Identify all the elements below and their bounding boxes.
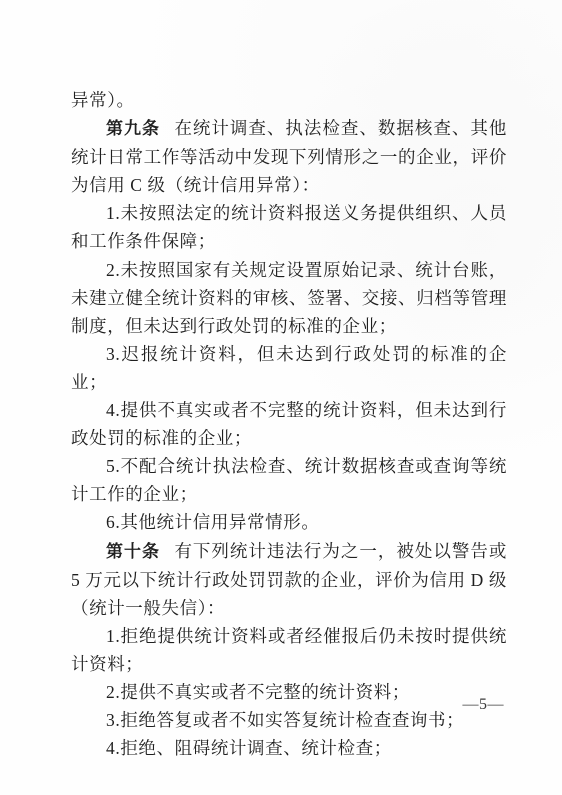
list-item: 4.提供不真实或者不完整的统计资料，但未达到行政处罚的标准的企业； <box>71 396 507 452</box>
article-number: 第十条 <box>106 542 160 561</box>
paragraph-text: 1.未按照法定的统计资料报送义务提供组织、人员和工作条件保障； <box>71 203 507 251</box>
document-body: 异常）。 第九条在统计调查、执法检查、数据核查、其他统计日常工作等活动中发现下列… <box>71 86 507 762</box>
paragraph-text: 4.拒绝、阻碍统计调查、统计检查； <box>106 738 392 758</box>
list-item: 3.迟报统计资料，但未达到行政处罚的标准的企业； <box>71 340 507 396</box>
list-item: 3.拒绝答复或者不如实答复统计检查查询书； <box>71 706 507 734</box>
paragraph-text: 3.拒绝答复或者不如实答复统计检查查询书； <box>106 710 464 730</box>
list-item: 2.提供不真实或者不完整的统计资料； <box>71 678 507 706</box>
list-item: 4.拒绝、阻碍统计调查、统计检查； <box>71 734 507 762</box>
paragraph-text: 3.迟报统计资料，但未达到行政处罚的标准的企业； <box>71 344 507 392</box>
list-item: 6.其他统计信用异常情形。 <box>71 508 507 536</box>
paragraph-text: 6.其他统计信用异常情形。 <box>106 512 319 532</box>
document-page: 异常）。 第九条在统计调查、执法检查、数据核查、其他统计日常工作等活动中发现下列… <box>0 0 562 795</box>
article-number: 第九条 <box>106 119 160 138</box>
paragraph-text: 2.提供不真实或者不完整的统计资料； <box>106 682 410 702</box>
paragraph-text: 1.拒绝提供统计资料或者经催报后仍未按时提供统计资料； <box>71 626 507 674</box>
paragraph-text: 5.不配合统计执法检查、统计数据核查或查询等统计工作的企业； <box>71 456 507 504</box>
paragraph-text: 4.提供不真实或者不完整的统计资料，但未达到行政处罚的标准的企业； <box>71 400 507 448</box>
page-number: —5— <box>463 696 505 714</box>
paragraph-text: 2.未按照国家有关规定设置原始记录、统计台账，未建立健全统计资料的审核、签署、交… <box>71 260 507 336</box>
list-item: 5.不配合统计执法检查、统计数据核查或查询等统计工作的企业； <box>71 452 507 508</box>
paragraph-article-10: 第十条有下列统计违法行为之一，被处以警告或 5 万元以下统计行政处罚罚款的企业，… <box>71 537 507 622</box>
paragraph-text: 异常）。 <box>71 90 135 110</box>
paragraph-continuation: 异常）。 <box>71 86 507 114</box>
list-item: 1.拒绝提供统计资料或者经催报后仍未按时提供统计资料； <box>71 622 507 678</box>
list-item: 2.未按照国家有关规定设置原始记录、统计台账，未建立健全统计资料的审核、签署、交… <box>71 256 507 340</box>
list-item: 1.未按照法定的统计资料报送义务提供组织、人员和工作条件保障； <box>71 199 507 255</box>
paragraph-article-9: 第九条在统计调查、执法检查、数据核查、其他统计日常工作等活动中发现下列情形之一的… <box>71 114 507 199</box>
